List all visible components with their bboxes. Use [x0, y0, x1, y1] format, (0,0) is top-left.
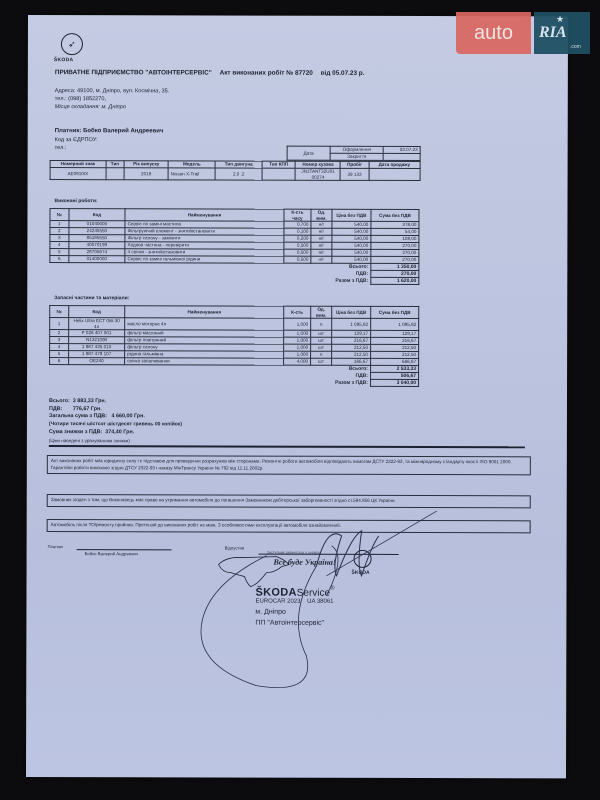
table-cell: 1,000: [284, 337, 311, 344]
document-sheet: ➶ ŠKODA ПРИВАТНЕ ПІДПРИЄМСТВО "АВТОІНТЕР…: [26, 15, 568, 778]
summary-vat-label: ПДВ:: [49, 406, 62, 412]
closed-date: [384, 153, 421, 160]
works-table: №КодНайменуванняК-сть часуОд. вим.Ціна б…: [49, 208, 419, 285]
vehicle-cell: 2018: [124, 168, 168, 180]
brand-label: ŠKODA: [54, 57, 74, 63]
vehicle-cell: [106, 168, 125, 180]
summary-in-words: (Чотири тисячі шістсот шістдесят гривень…: [49, 421, 182, 427]
table-header-cell: Найменування: [125, 306, 284, 318]
table-cell: 1 095,82: [332, 318, 371, 330]
table-cell: 3: [50, 235, 69, 242]
document-title: ПРИВАТНЕ ПІДПРИЄМСТВО "АВТОІНТЕРСЕРВІС" …: [55, 69, 371, 77]
table-cell: 6: [50, 358, 69, 365]
table-cell: н/г: [311, 256, 332, 263]
act-date: від 05.07.23 р.: [321, 70, 365, 77]
act-number: Акт виконаних робіт № 87720: [220, 70, 313, 77]
company-phone: тел.: (098) 1852270,: [55, 96, 106, 102]
total-label: Разом з ПДВ:: [332, 277, 371, 284]
table-header-cell: Од. вим.: [311, 209, 332, 221]
vehicle-table: Номерний знакТипРік випускуМодельТип дви…: [50, 160, 421, 181]
watermark-ria: RIA: [539, 24, 567, 42]
total-value: 3 040,00: [370, 379, 418, 386]
table-cell: шт: [311, 337, 332, 344]
skoda-logo-icon: ➶: [61, 33, 83, 55]
table-cell: н/г: [311, 242, 332, 249]
table-cell: 1: [50, 318, 69, 330]
legal-note-box: Акт виконаних робіт має юридичну силу і …: [47, 455, 531, 475]
table-cell: 5: [50, 351, 69, 358]
date-label: Дата: [287, 146, 330, 160]
summary-discount-note: (Ціни наведені з урахуванням знижки): [49, 438, 130, 443]
table-cell: 0,200: [284, 235, 311, 242]
parts-table: №КодНайменуванняК-стьОд. вим.Ціна без ПД…: [49, 305, 419, 387]
place-of-issue: Місце складання: м. Дніпро: [55, 104, 126, 110]
summary-grand-value: 4 660,00 Грн.: [111, 414, 144, 420]
vehicle-cell: 2.0 .2: [216, 168, 262, 180]
table-cell: 2: [50, 228, 69, 235]
table-cell: 1,000: [284, 318, 311, 330]
table-header-cell: Найменування: [125, 209, 284, 221]
summary-discount-label: Сума знижки з ПДВ:: [49, 429, 102, 435]
table-cell: н/г: [311, 235, 332, 242]
handwritten-signature: [156, 505, 456, 696]
table-header-cell: К-сть: [284, 306, 311, 318]
table-header-cell: Сума без ПДВ: [371, 209, 419, 221]
vehicle-header-cell: Пробіг: [341, 161, 369, 168]
vehicle-cell: Nissan X-Trail: [168, 168, 215, 180]
summary-total-value: 3 883,33 Грн.: [73, 398, 106, 404]
payer-phone: тел.:: [55, 145, 67, 151]
autoria-watermark: auto ★ RIA .com: [456, 12, 594, 54]
vehicle-header-cell: Тип: [106, 161, 125, 168]
table-cell: 4,000: [283, 358, 310, 365]
table-cell: 2: [50, 330, 69, 337]
total-row: Разом з ПДВ:3 040,00: [50, 379, 419, 387]
table-cell: 0,500: [284, 242, 311, 249]
table-cell: масло моторне 4л: [125, 318, 284, 330]
date-table: Дата Оформлення 03.07.23 Закриття: [287, 146, 421, 161]
summary-divider: [49, 445, 525, 448]
table-header-cell: Ціна без ПДВ: [332, 209, 371, 221]
vehicle-cell: [369, 168, 421, 180]
works-section-title: Виконані роботи:: [55, 198, 98, 204]
vehicle-cell: [262, 168, 296, 180]
table-cell: шт: [311, 344, 332, 351]
table-cell: 1,000: [283, 351, 310, 358]
table-cell: л: [311, 318, 332, 330]
table-header-cell: Сума без ПДВ: [371, 306, 419, 318]
closed-label: Закриття: [330, 153, 383, 160]
payer-signature-label: Платник: [48, 544, 63, 549]
table-cell: 1,000: [283, 344, 310, 351]
table-cell: 3: [50, 337, 69, 344]
watermark-auto: auto: [456, 12, 531, 54]
table-cell: 1 095,82: [371, 318, 419, 330]
table-header-cell: №: [50, 209, 69, 221]
table-cell: 5: [50, 249, 69, 256]
table-header-cell: К-сть часу: [284, 209, 311, 221]
table-cell: 4: [50, 242, 69, 249]
table-cell: шт: [311, 358, 332, 365]
parts-section-title: Запасні частини та матеріали:: [54, 295, 129, 301]
table-cell: шт: [311, 330, 332, 337]
summary-block: Всього: 3 883,33 Грн. ПДВ: 776,67 Грн. З…: [49, 398, 182, 445]
table-cell: н/г: [311, 228, 332, 235]
table-cell: 1: [50, 221, 69, 228]
vehicle-cell: JN1TANT32U01 00274: [295, 168, 340, 180]
summary-discount-value: 374,40 Грн.: [105, 429, 134, 435]
table-cell: Фільтруючий елемент - зняти/встановити: [125, 228, 284, 235]
payer-name: Платник: Бобко Валерий Андреевич: [55, 128, 164, 134]
total-value: 1 620,00: [371, 277, 419, 284]
payer-signature-name: Бобко Валерий Андреевич: [85, 551, 139, 556]
vehicle-header-cell: Тип КПП: [262, 161, 296, 168]
table-cell: 6: [50, 256, 69, 263]
company-name: ПРИВАТНЕ ПІДПРИЄМСТВО "АВТОІНТЕРСЕРВІС": [55, 69, 212, 76]
table-header-cell: Код: [68, 306, 124, 318]
table-header-cell: Ціна без ПДВ: [332, 306, 371, 318]
total-label: Разом з ПДВ:: [331, 379, 370, 386]
table-header-cell: Од. вим.: [311, 306, 332, 318]
table-cell: н/г: [311, 221, 332, 228]
table-cell: 4: [50, 344, 69, 351]
summary-vat-value: 776,67 Грн.: [73, 406, 102, 412]
table-header-cell: №: [50, 306, 69, 318]
summary-total-label: Всього:: [49, 398, 70, 404]
table-cell: 0,500: [284, 256, 311, 263]
table-cell: Helix Ultra ECT 0W-30 4л: [68, 318, 124, 330]
watermark-ria-box: ★ RIA .com: [534, 12, 590, 54]
vehicle-cell: AE0910IX: [50, 168, 106, 180]
summary-grand-label: Загальна сума з ПДВ:: [49, 413, 107, 419]
table-cell: 0,700: [284, 221, 311, 228]
table-cell: н/г: [311, 249, 332, 256]
table-cell: 1,000: [284, 330, 311, 337]
vehicle-header-cell: Номер кузова: [296, 161, 341, 168]
payer-edrpou: Код за ЄДРПОУ:: [55, 137, 98, 143]
total-row: Разом з ПДВ:1 620,00: [50, 277, 419, 285]
watermark-suffix: .com: [570, 44, 581, 50]
table-row: 1Helix Ultra ECT 0W-30 4лмасло моторне 4…: [50, 318, 419, 331]
table-cell: 0,100: [284, 228, 311, 235]
table-cell: л: [311, 351, 332, 358]
table-header-cell: Код: [69, 209, 125, 221]
vehicle-cell: 39 133: [340, 168, 368, 180]
table-cell: 0,500: [284, 249, 311, 256]
company-address: Адреса: 49100, м. Дніпро, вул. Космічна,…: [55, 88, 169, 94]
